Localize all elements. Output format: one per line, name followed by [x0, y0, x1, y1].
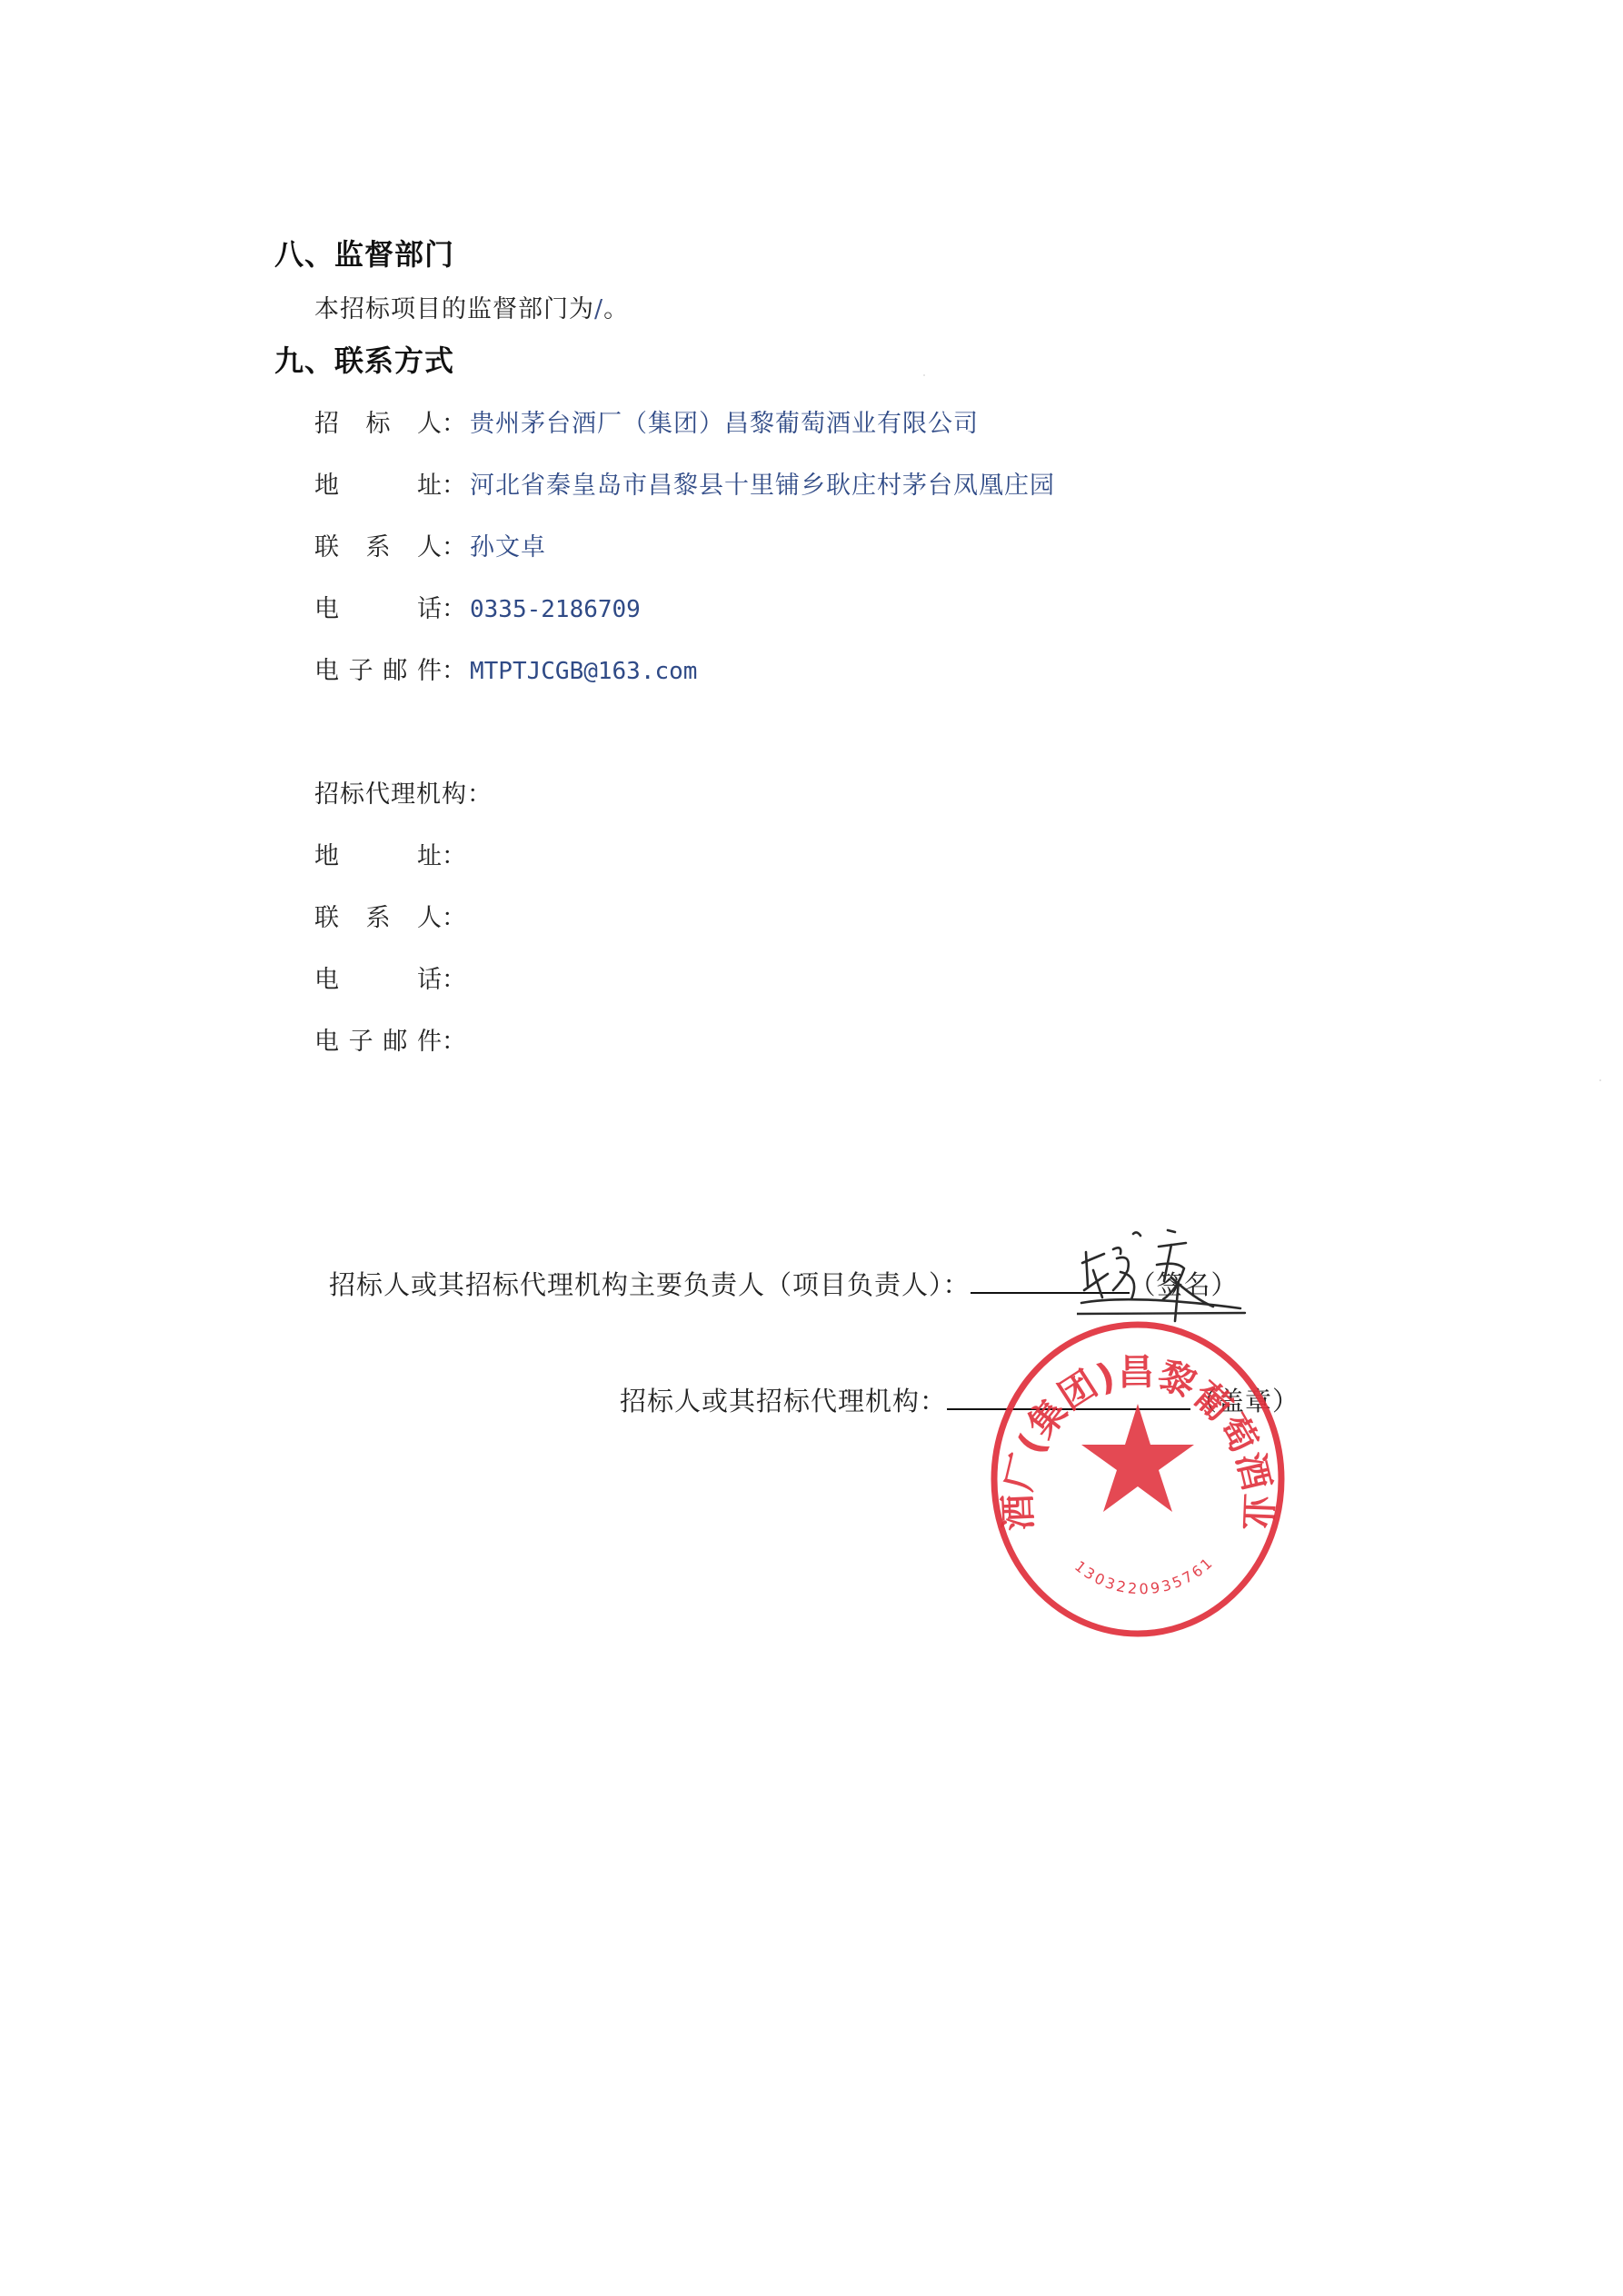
address-label: 地址	[314, 465, 442, 501]
section-8-body: 本招标项目的监督部门为/。	[314, 289, 629, 324]
colon: ：	[442, 836, 466, 871]
svg-text:1303220935761: 1303220935761	[1071, 1553, 1218, 1597]
agency-phone-label: 电话	[314, 959, 442, 995]
agency-contact-row: 联系人：	[314, 898, 470, 933]
colon: ：	[442, 589, 466, 624]
agency-address-row: 地址：	[314, 836, 470, 871]
contact-value: 孙文卓	[470, 527, 546, 562]
seal-org-name: 贵州茅台酒厂(集团)昌黎葡萄酒业有限公司	[983, 1317, 1279, 1532]
phone-label: 电话	[314, 589, 442, 624]
contact-label: 联系人	[314, 527, 442, 562]
phone-row: 电话： 0335-2186709	[314, 589, 641, 624]
supervision-value: /	[594, 295, 603, 323]
scan-speck	[923, 374, 925, 376]
supervision-end: 。	[603, 295, 629, 323]
agency-label: 招标代理机构	[314, 774, 467, 810]
handwritten-signature	[1077, 1227, 1250, 1327]
contact-row: 联系人： 孙文卓	[314, 527, 546, 562]
responsible-label: 招标人或其招标代理机构主要负责人（项目负责人）：	[329, 1269, 971, 1300]
agency-email-row: 电子邮件：	[314, 1021, 470, 1057]
document-page: 八、监督部门 本招标项目的监督部门为/。 九、联系方式 招标人： 贵州茅台酒厂（…	[0, 0, 1623, 2296]
colon: ：	[442, 651, 466, 686]
colon: ：	[467, 774, 492, 810]
org-label: 招标人或其招标代理机构：	[620, 1386, 947, 1416]
colon: ：	[442, 959, 466, 995]
colon: ：	[442, 527, 466, 562]
tenderer-row: 招标人： 贵州茅台酒厂（集团）昌黎葡萄酒业有限公司	[314, 403, 979, 439]
svg-text:贵州茅台酒厂(集团)昌黎葡萄酒业有限公司: 贵州茅台酒厂(集团)昌黎葡萄酒业有限公司	[983, 1317, 1279, 1532]
scan-speck	[1599, 1079, 1601, 1081]
email-label: 电子邮件	[314, 651, 442, 686]
agency-row: 招标代理机构：	[314, 774, 495, 810]
agency-contact-label: 联系人	[314, 898, 442, 933]
company-seal: 贵州茅台酒厂(集团)昌黎葡萄酒业有限公司 1303220935761	[983, 1317, 1292, 1645]
email-value: MTPTJCGB@163.com	[470, 658, 697, 685]
section-8-heading: 八、监督部门	[274, 232, 454, 273]
agency-phone-row: 电话：	[314, 959, 470, 995]
tenderer-value: 贵州茅台酒厂（集团）昌黎葡萄酒业有限公司	[470, 403, 979, 439]
colon: ：	[442, 403, 466, 439]
phone-value: 0335-2186709	[470, 596, 641, 623]
colon: ：	[442, 465, 466, 501]
section-9-heading: 九、联系方式	[274, 338, 454, 380]
tenderer-label: 招标人	[314, 403, 442, 439]
colon: ：	[442, 898, 466, 933]
supervision-text: 本招标项目的监督部门为	[314, 295, 594, 323]
address-row: 地址： 河北省秦皇岛市昌黎县十里铺乡耿庄村茅台凤凰庄园	[314, 465, 1055, 501]
agency-email-label: 电子邮件	[314, 1021, 442, 1057]
star-icon	[1081, 1404, 1194, 1512]
agency-address-label: 地址	[314, 836, 442, 871]
seal-code: 1303220935761	[1071, 1553, 1218, 1597]
email-row: 电子邮件： MTPTJCGB@163.com	[314, 651, 697, 686]
address-value: 河北省秦皇岛市昌黎县十里铺乡耿庄村茅台凤凰庄园	[470, 465, 1055, 501]
colon: ：	[442, 1021, 466, 1057]
